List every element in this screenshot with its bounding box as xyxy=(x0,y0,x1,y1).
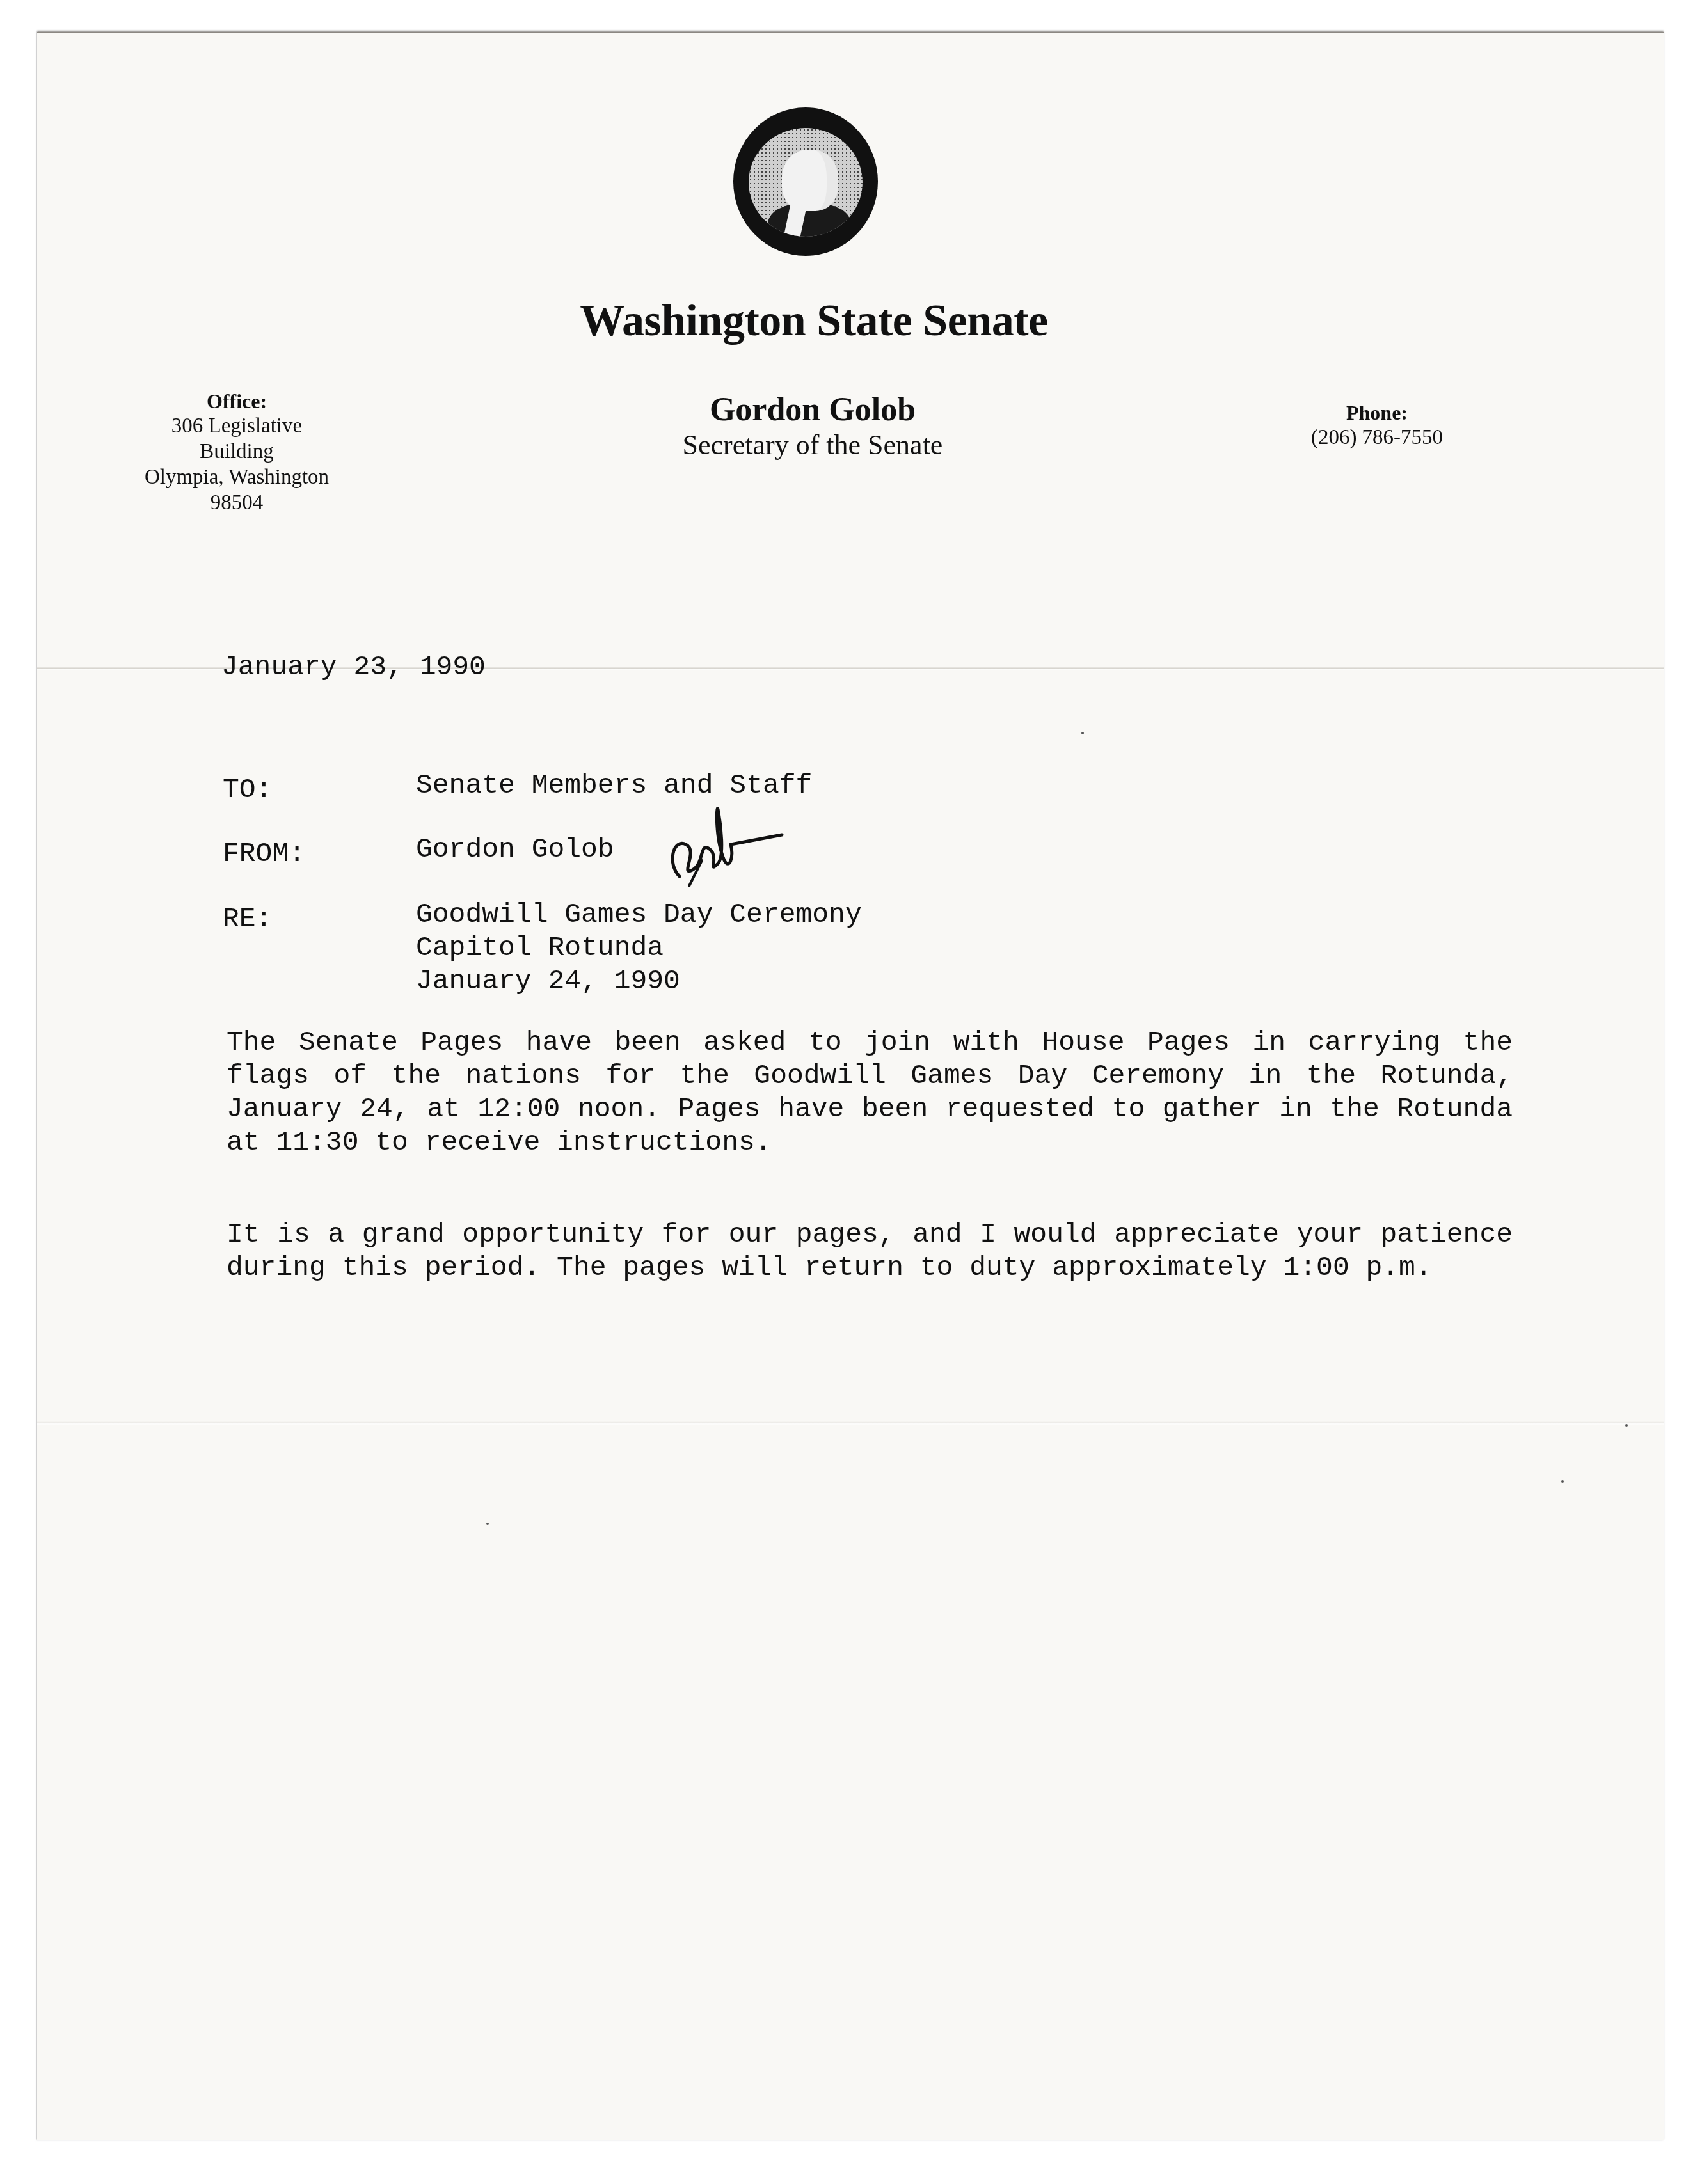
body-paragraph: It is a grand opportunity for our pages,… xyxy=(227,1218,1513,1285)
phone-block: Phone: (206) 786-7550 xyxy=(1281,400,1473,450)
paper-speck xyxy=(486,1523,489,1525)
paper-speck xyxy=(1081,732,1084,734)
body-paragraph: The Senate Pages have been asked to join… xyxy=(227,1026,1513,1159)
handwritten-initials-signature-icon xyxy=(654,800,795,889)
paper-speck xyxy=(1561,1480,1564,1483)
re-value: Goodwill Games Day Ceremony Capitol Rotu… xyxy=(416,898,862,998)
re-label: RE: xyxy=(223,903,272,935)
phone-label: Phone: xyxy=(1281,400,1473,425)
from-value: Gordon Golob xyxy=(416,833,614,866)
fold-line xyxy=(37,1421,1664,1425)
re-line-date: January 24, 1990 xyxy=(416,965,862,998)
george-washington-portrait-seal-icon xyxy=(733,107,878,256)
paper-speck xyxy=(1625,1424,1628,1427)
re-line-location: Capitol Rotunda xyxy=(416,931,862,965)
office-address-line2: Olympia, Washington 98504 xyxy=(134,464,339,516)
to-value: Senate Members and Staff xyxy=(416,769,812,802)
from-label: FROM: xyxy=(223,838,305,869)
organization-title: Washington State Senate xyxy=(0,296,1665,347)
phone-number: (206) 786-7550 xyxy=(1281,425,1473,450)
to-label: TO: xyxy=(223,774,272,805)
memo-date: January 23, 1990 xyxy=(221,651,486,683)
re-line-subject: Goodwill Games Day Ceremony xyxy=(416,898,862,931)
